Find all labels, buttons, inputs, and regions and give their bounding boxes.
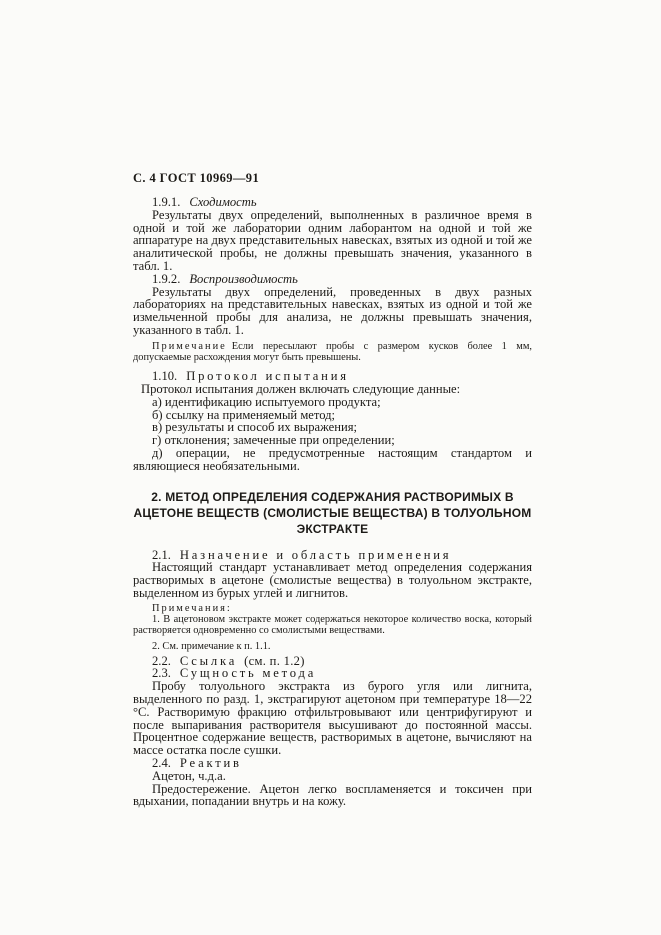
- clause-2-4-warning: Предостережение. Ацетон легко воспламеня…: [133, 783, 532, 809]
- running-header: С. 4 ГОСТ 10969—91: [133, 171, 532, 186]
- notes-item-2: 2. См. примечание к п. 1.1.: [133, 641, 532, 652]
- notes-item-1: 1. В ацетоновом экстракте может содержат…: [133, 614, 532, 636]
- clause-1-9-1-number: 1.9.1.: [152, 195, 180, 209]
- clause-2-3-text: Пробу толуольного экстракта из бурого уг…: [133, 680, 532, 757]
- clause-1-9-2-heading: 1.9.2.Воспроизводимость: [133, 273, 532, 286]
- clause-1-9-1-heading: 1.9.1.Сходимость: [133, 196, 532, 209]
- clause-2-4-title: Реактив: [180, 756, 242, 770]
- text-column: С. 4 ГОСТ 10969—91 1.9.1.Сходимость Резу…: [133, 171, 532, 808]
- scanned-document-page: С. 4 ГОСТ 10969—91 1.9.1.Сходимость Резу…: [0, 0, 661, 935]
- clause-1-9-1-title: Сходимость: [189, 195, 256, 209]
- clause-1-9-2-text: Результаты двух определений, проведенных…: [133, 286, 532, 337]
- list-item-a: а) идентификацию испытуемого продукта;: [133, 396, 532, 409]
- note-label: Примечание: [152, 341, 227, 352]
- list-item-d: д) операции, не предусмотренные настоящи…: [133, 447, 532, 473]
- clause-1-10-intro: Протокол испытания должен включать следу…: [133, 383, 532, 396]
- note-after-1-9-2: ПримечаниеЕсли пересылают пробы с размер…: [133, 341, 532, 363]
- clause-2-1-text: Настоящий стандарт устанавливает метод о…: [133, 561, 532, 599]
- clause-1-9-2-number: 1.9.2.: [152, 272, 180, 286]
- clause-2-4-heading: 2.4.Реактив: [133, 757, 532, 770]
- clause-1-9-1-text: Результаты двух определений, выполненных…: [133, 209, 532, 273]
- clause-1-9-2-title: Воспроизводимость: [189, 272, 298, 286]
- clause-2-4-number: 2.4.: [152, 756, 171, 770]
- clause-2-4-reagent: Ацетон, ч.д.а.: [133, 770, 532, 783]
- section-2-heading: 2. МЕТОД ОПРЕДЕЛЕНИЯ СОДЕРЖАНИЯ РАСТВОРИ…: [133, 489, 532, 537]
- notes-label-text: Примечания:: [152, 603, 232, 614]
- notes-label: Примечания:: [133, 603, 532, 614]
